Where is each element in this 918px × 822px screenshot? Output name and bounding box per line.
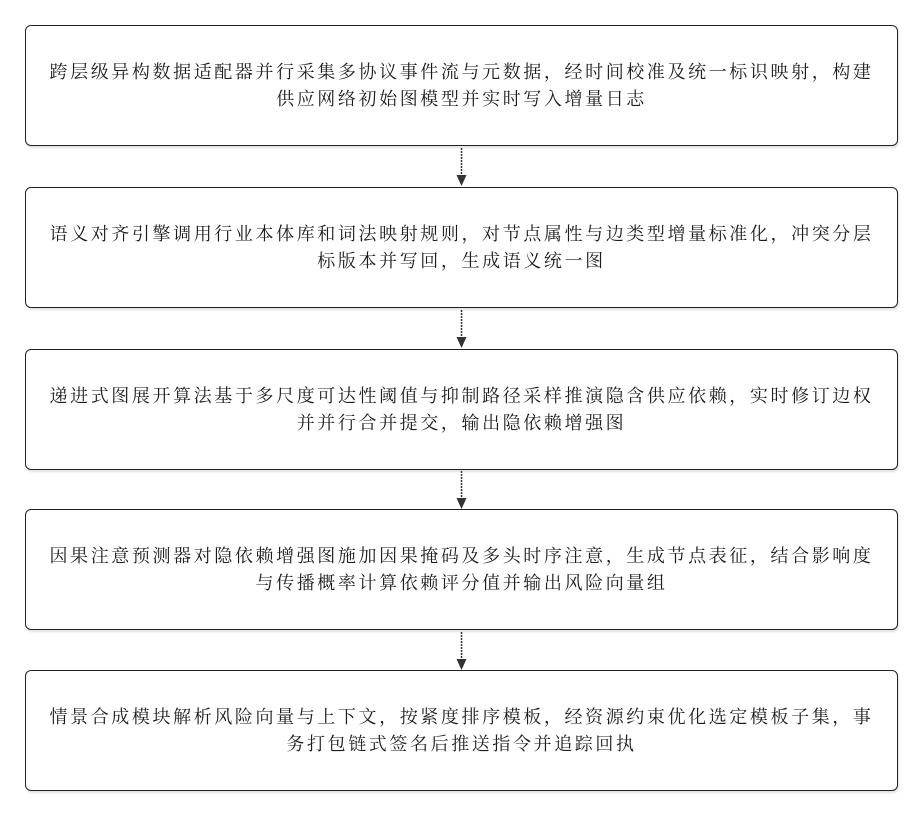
arrow-down-icon xyxy=(456,471,467,510)
flow-step-text: 因果注意预测器对隐依赖增强图施加因果掩码及多头时序注意，生成节点表征，结合影响度… xyxy=(42,543,882,597)
flow-step-text: 递进式图展开算法基于多尺度可达性阈值与抑制路径采样推演隐含供应依赖，实时修订边权… xyxy=(42,383,882,437)
arrow-down-icon xyxy=(456,632,467,671)
flow-step-5: 情景合成模块解析风险向量与上下文，按紧度排序模板，经资源约束优化选定模板子集，事… xyxy=(25,670,898,791)
flow-step-3: 递进式图展开算法基于多尺度可达性阈值与抑制路径采样推演隐含供应依赖，实时修订边权… xyxy=(25,349,898,470)
flow-step-text: 跨层级异构数据适配器并行采集多协议事件流与元数据，经时间校准及统一标识映射，构建… xyxy=(42,59,882,113)
arrow-down-icon xyxy=(456,148,467,187)
arrow-down-icon xyxy=(456,310,467,349)
flow-step-text: 语义对齐引擎调用行业本体库和词法映射规则，对节点属性与边类型增量标准化，冲突分层… xyxy=(42,221,882,275)
flow-step-1: 跨层级异构数据适配器并行采集多协议事件流与元数据，经时间校准及统一标识映射，构建… xyxy=(25,25,898,146)
flow-step-4: 因果注意预测器对隐依赖增强图施加因果掩码及多头时序注意，生成节点表征，结合影响度… xyxy=(25,509,898,630)
flow-step-2: 语义对齐引擎调用行业本体库和词法映射规则，对节点属性与边类型增量标准化，冲突分层… xyxy=(25,187,898,308)
flow-step-text: 情景合成模块解析风险向量与上下文，按紧度排序模板，经资源约束优化选定模板子集，事… xyxy=(42,704,882,758)
